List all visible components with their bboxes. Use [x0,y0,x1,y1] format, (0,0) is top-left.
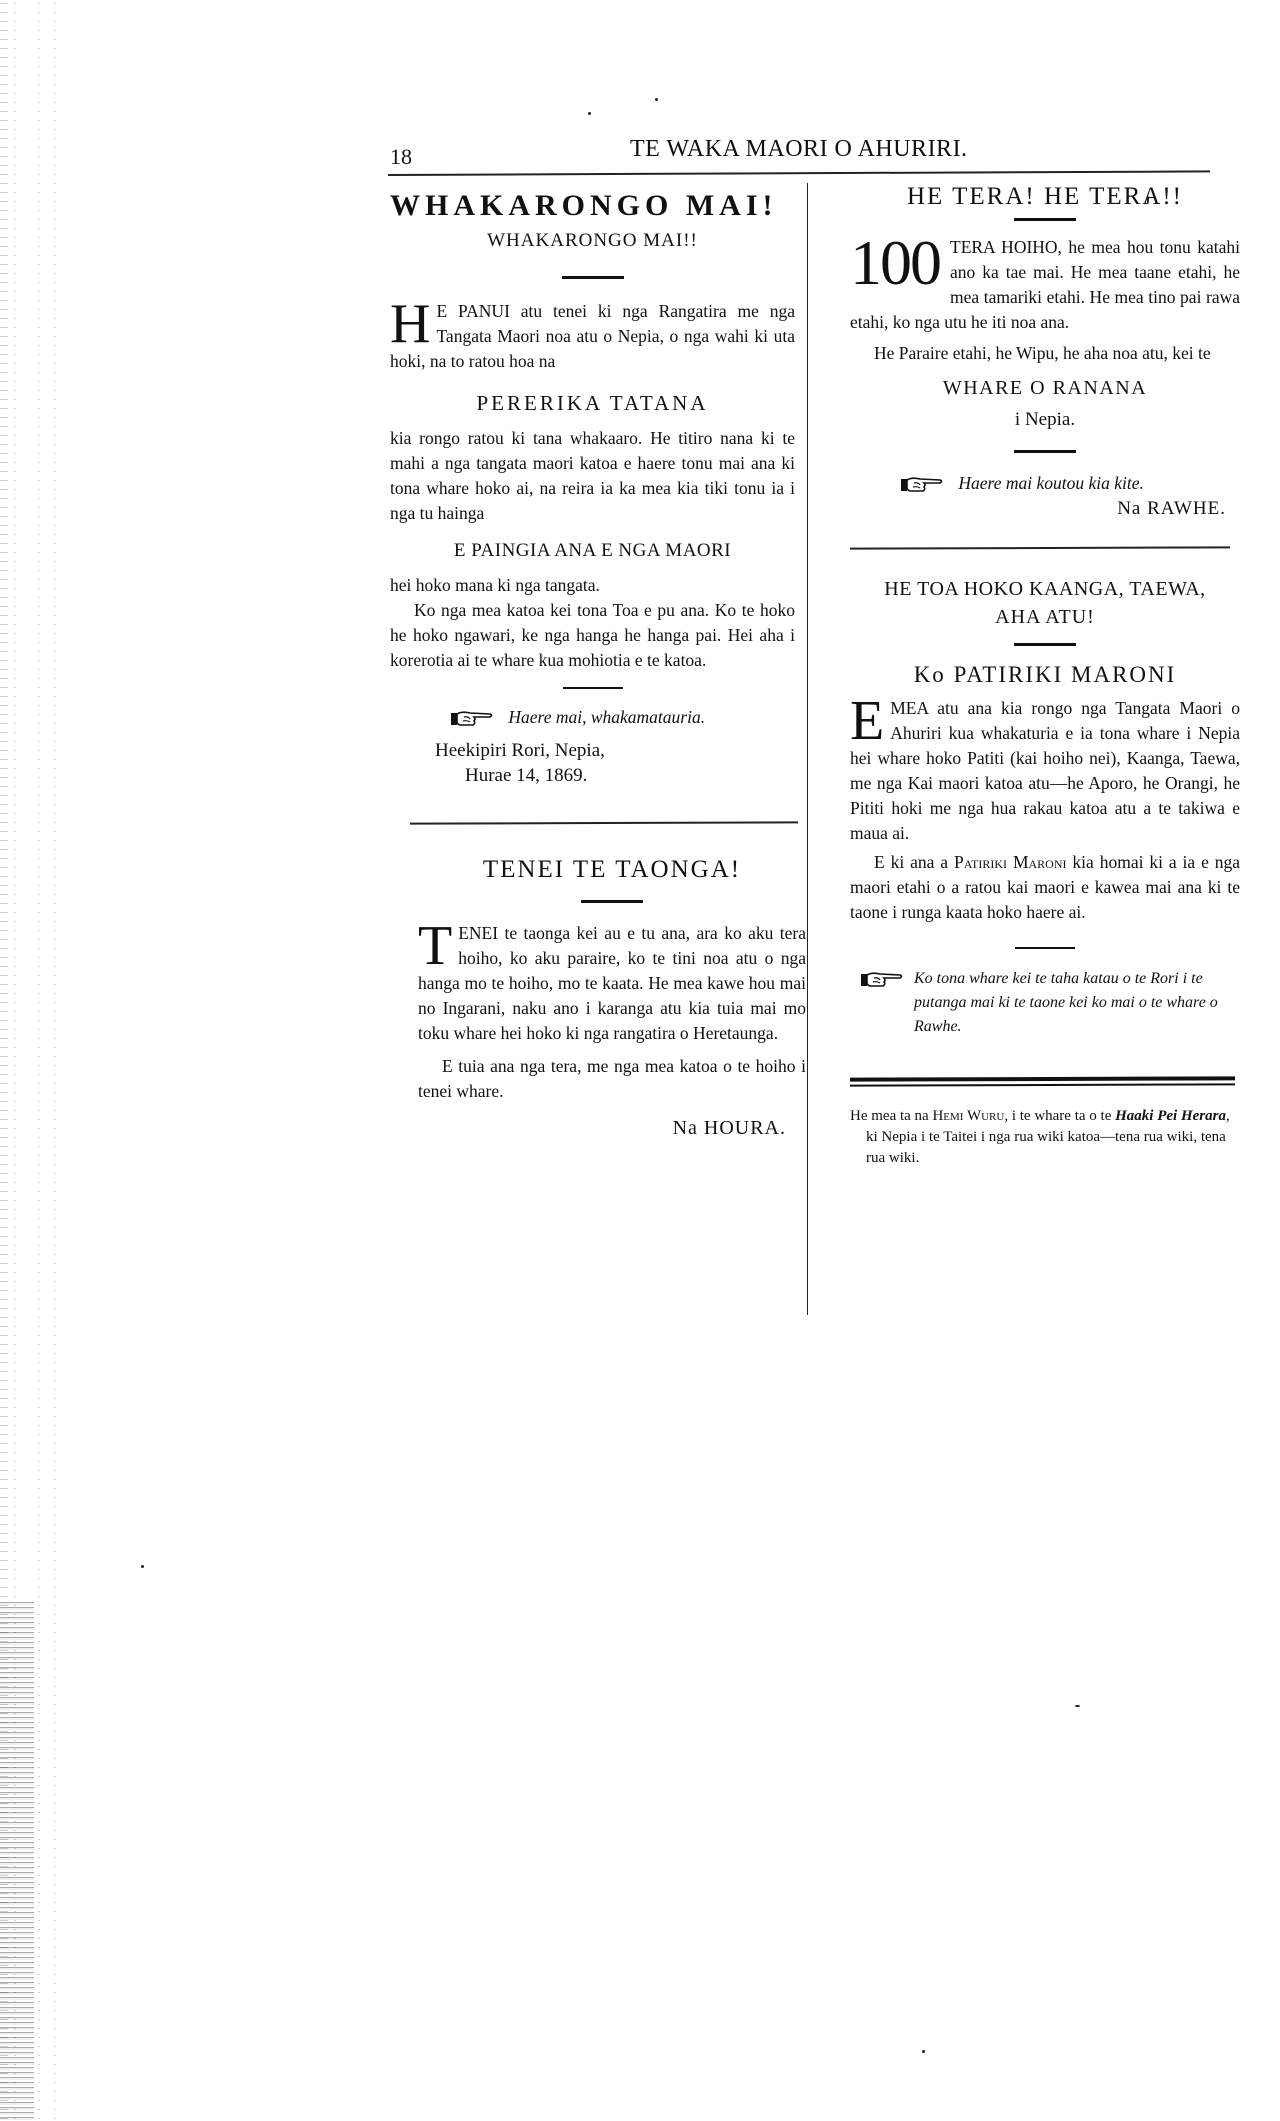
advert-paragraph: T ENEI te taonga kei au e tu ana, ara ko… [418,921,806,1046]
advert-separator [410,821,798,824]
shop-place: i Nepia. [850,407,1240,432]
merchant-name: PERERIKA TATANA [390,388,795,418]
advert-tenei-te-taonga: TENEI TE TAONGA! T ENEI te taonga kei au… [390,854,806,1141]
advert-paragraph: Ko nga mea katoa kei tona Toa e pu ana. … [390,598,795,673]
advert-subheading: WHAKARONGO MAI!! [390,226,795,256]
advert-heading-line1: HE TOA HOKO KAANGA, TAEWA, [850,575,1240,603]
drop-number: 100 [850,237,940,289]
right-column: HE TERA! HE TERA!! 100 TERA HOIHO, he me… [850,180,1240,1169]
pointing-hand-icon [860,971,904,989]
advert-paragraph: He Paraire etahi, he Wipu, he aha noa at… [850,341,1240,366]
advert-banner: E PAINGIA ANA E NGA MAORI [390,538,795,563]
drop-cap: E [850,698,884,744]
section-rule [1014,643,1076,646]
imprint-rule [850,1076,1235,1086]
column-divider [807,183,808,1315]
merchant-name-text: PATIRIKI MARONI [954,662,1177,687]
printer-imprint: He mea ta na Hemi Wuru, i te whare ta o … [850,1106,1240,1169]
advert-whakarongo-mai: WHAKARONGO MAI! WHAKARONGO MAI!! H E PAN… [390,188,795,788]
shop-name: WHARE O RANANA [850,376,1240,401]
section-rule [563,687,623,689]
pointing-hand-icon [450,710,494,728]
scan-speck [655,98,658,101]
imprint-text: , i te whare ta o te [1004,1108,1111,1124]
pointer-note: Haere mai koutou kia kite. [850,471,1240,496]
signature-line: Heekipiri Rori, Nepia, [390,738,795,763]
pointer-note: Haere mai, whakamatauria. [390,705,795,730]
pointing-hand-icon [900,476,944,494]
left-column: WHAKARONGO MAI! WHAKARONGO MAI!! H E PAN… [390,188,795,1141]
section-rule [562,276,624,279]
pointer-note-text: Haere mai koutou kia kite. [958,473,1143,493]
advert-heading: TENEI TE TAONGA! [418,854,806,886]
page-number: 18 [390,144,412,170]
scan-edge-artifact-bottom [0,1600,34,2121]
advert-separator [850,546,1230,549]
paragraph-text: ENEI te taonga kei au e tu ana, ara ko a… [418,923,806,1043]
imprint-printer: Hemi Wuru [932,1108,1004,1124]
merchant-name-smallcaps: Patiriki Maroni [954,852,1067,872]
section-rule [581,900,643,903]
scan-speck [922,2050,925,2053]
scan-speck [1075,1705,1080,1707]
advert-heading: WHAKARONGO MAI! [390,188,795,224]
advert-paragraph: hei hoko mana ki nga tangata. [390,573,795,598]
section-rule [1014,218,1076,221]
page-title: TE WAKA MAORI O AHURIRI. [630,136,968,163]
paragraph-text: MEA atu ana kia rongo nga Tangata Maori … [850,698,1240,843]
scan-speck [141,1565,144,1568]
advert-he-tera: HE TERA! HE TERA!! 100 TERA HOIHO, he me… [850,180,1240,521]
drop-cap: T [418,923,452,969]
advert-paragraph: H E PANUI atu tenei ki nga Rangatira me … [390,299,795,374]
imprint-paper-name: Haaki Pei Herara [1115,1108,1226,1124]
imprint-text: He mea ta na [850,1108,929,1124]
advert-paragraph: E ki ana a Patiriki Maroni kia homai ki … [850,850,1240,925]
advert-heading-line2: AHA ATU! [850,603,1240,631]
advert-patiriki-maroni: HE TOA HOKO KAANGA, TAEWA, AHA ATU! Ko P… [850,575,1240,1039]
advert-heading: HE TERA! HE TERA!! [850,180,1240,214]
paragraph-text: E ki ana a [874,852,948,872]
section-rule [1015,947,1075,949]
advert-paragraph: 100 TERA HOIHO, he mea hou tonu katahi a… [850,235,1240,335]
pointer-note-text: Haere mai, whakamatauria. [508,707,705,727]
advert-signature: Na RAWHE. [850,496,1240,521]
pointer-note-text: Ko tona whare kei te taha katau o te Ror… [914,967,1240,1039]
drop-cap: H [390,301,430,347]
signature-date: Hurae 14, 1869. [390,763,795,788]
advert-signature: Na HOURA. [418,1116,806,1141]
section-rule [1014,450,1076,453]
advert-paragraph: E tuia ana nga tera, me nga mea katoa o … [418,1054,806,1104]
merchant-name: Ko PATIRIKI MARONI [850,660,1240,690]
merchant-name-prefix: Ko [914,662,946,687]
scan-speck [588,112,591,115]
advert-paragraph: E MEA atu ana kia rongo nga Tangata Maor… [850,696,1240,846]
paragraph-text: E PANUI atu tenei ki nga Rangatira me ng… [390,301,795,371]
advert-paragraph: kia rongo ratou ki tana whakaaro. He tit… [390,426,795,526]
pointer-note: Ko tona whare kei te taha katau o te Ror… [850,967,1240,1039]
